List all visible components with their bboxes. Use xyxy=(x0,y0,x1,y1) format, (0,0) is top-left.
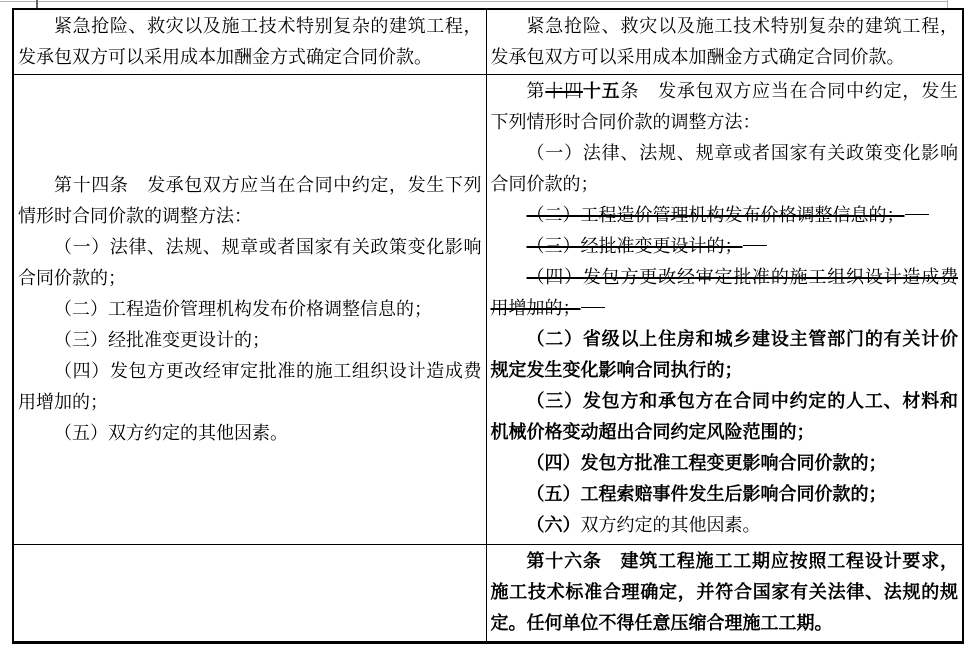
text-run: （四）发包方更改经审定批准的施工组织设计造成费用增加的； xyxy=(18,361,482,412)
cell-row2-original: 第十四条 发承包双方应当在合同中约定，发生下列情形时合同价款的调整方法：（一）法… xyxy=(13,75,486,545)
inserted-text-run: 第十六条 建筑工程施工工期应按照工程设计要求，施工技术标准合理确定，并符合国家有… xyxy=(491,551,959,633)
document-page: { "colors": { "background": "#ffffff", "… xyxy=(0,0,970,647)
inserted-text-run: 十五 xyxy=(583,81,621,101)
paragraph: （三）经批准变更设计的； xyxy=(491,231,959,262)
page-top-hairline xyxy=(0,1,948,2)
inserted-text-run: （五）工程索赔事件发生后影响合同价款的； xyxy=(527,484,887,504)
deleted-text-run: （二）工程造价管理机构发布价格调整信息的； xyxy=(527,205,905,225)
paragraph: 紧急抢险、救灾以及施工技术特别复杂的建筑工程，发承包双方可以采用成本加酬金方式确… xyxy=(18,11,482,73)
paragraph: （二）工程造价管理机构发布价格调整信息的； xyxy=(491,200,959,231)
paragraph: （一）法律、法规、规章或者国家有关政策变化影响合同价款的； xyxy=(18,232,482,294)
paragraph: 第十四十五条 发承包双方应当在合同中约定，发生下列情形时合同价款的调整方法： xyxy=(491,76,959,138)
paragraph: （三）发包方和承包方在合同中约定的人工、材料和机械价格变动超出合同约定风险范围的… xyxy=(491,386,959,448)
text-run: 第十四条 发承包双方应当在合同中约定，发生下列情形时合同价款的调整方法： xyxy=(18,175,482,226)
cell-row1-revised: 紧急抢险、救灾以及施工技术特别复杂的建筑工程，发承包双方可以采用成本加酬金方式确… xyxy=(486,9,963,75)
text-run: （三）经批准变更设计的； xyxy=(54,330,270,350)
text-run: 紧急抢险、救灾以及施工技术特别复杂的建筑工程，发承包双方可以采用成本加酬金方式确… xyxy=(18,16,482,67)
table-row: 第十六条 建筑工程施工工期应按照工程设计要求，施工技术标准合理确定，并符合国家有… xyxy=(13,545,963,643)
text-run: 第 xyxy=(527,81,546,101)
paragraph: 第十六条 建筑工程施工工期应按照工程设计要求，施工技术标准合理确定，并符合国家有… xyxy=(491,546,959,639)
inserted-text-run: （三）发包方和承包方在合同中约定的人工、材料和机械价格变动超出合同约定风险范围的… xyxy=(491,391,959,442)
text-run: （五）双方约定的其他因素。 xyxy=(54,423,288,443)
deleted-text-tail-line xyxy=(743,245,767,246)
paragraph: （六）双方约定的其他因素。 xyxy=(491,510,959,541)
inserted-text-run: （四）发包方批准工程变更影响合同价款的； xyxy=(527,453,887,473)
paragraph: （四）发包方批准工程变更影响合同价款的； xyxy=(491,448,959,479)
paragraph: （二）省级以上住房和城乡建设主管部门的有关计价规定发生变化影响合同执行的； xyxy=(491,324,959,386)
cell-row3-revised: 第十六条 建筑工程施工工期应按照工程设计要求，施工技术标准合理确定，并符合国家有… xyxy=(486,545,963,643)
text-run: （一）法律、法规、规章或者国家有关政策变化影响合同价款的； xyxy=(491,143,959,194)
paragraph: 紧急抢险、救灾以及施工技术特别复杂的建筑工程，发承包双方可以采用成本加酬金方式确… xyxy=(491,11,959,73)
deleted-text-run: （四）发包方更改经审定批准的施工组织设计造成费用增加的； xyxy=(491,267,959,318)
paragraph: （五）双方约定的其他因素。 xyxy=(18,418,482,449)
paragraph: （四）发包方更改经审定批准的施工组织设计造成费用增加的； xyxy=(18,356,482,418)
paragraph: （二）工程造价管理机构发布价格调整信息的； xyxy=(18,294,482,325)
text-run: （一）法律、法规、规章或者国家有关政策变化影响合同价款的； xyxy=(18,237,482,288)
paragraph: （五）工程索赔事件发生后影响合同价款的； xyxy=(491,479,959,510)
inserted-text-run: （二）省级以上住房和城乡建设主管部门的有关计价规定发生变化影响合同执行的； xyxy=(491,329,959,380)
inserted-text-run: （六） xyxy=(527,515,581,535)
paragraph: 第十四条 发承包双方应当在合同中约定，发生下列情形时合同价款的调整方法： xyxy=(18,170,482,232)
paragraph: （三）经批准变更设计的； xyxy=(18,325,482,356)
paragraph: （一）法律、法规、规章或者国家有关政策变化影响合同价款的； xyxy=(491,138,959,200)
cell-row3-original xyxy=(13,545,486,643)
deleted-text-run: 十四 xyxy=(545,81,583,101)
comparison-table: 紧急抢险、救灾以及施工技术特别复杂的建筑工程，发承包双方可以采用成本加酬金方式确… xyxy=(12,8,964,644)
text-run: 双方约定的其他因素。 xyxy=(581,515,761,535)
cell-row1-original: 紧急抢险、救灾以及施工技术特别复杂的建筑工程，发承包双方可以采用成本加酬金方式确… xyxy=(13,9,486,75)
paragraph: （四）发包方更改经审定批准的施工组织设计造成费用增加的； xyxy=(491,262,959,324)
table-row: 第十四条 发承包双方应当在合同中约定，发生下列情形时合同价款的调整方法：（一）法… xyxy=(13,75,963,545)
table-row: 紧急抢险、救灾以及施工技术特别复杂的建筑工程，发承包双方可以采用成本加酬金方式确… xyxy=(13,9,963,75)
cutoff-row-border-stub-right xyxy=(947,0,948,8)
deleted-text-tail-line xyxy=(581,307,605,308)
deleted-text-tail-line xyxy=(905,214,929,215)
cell-row2-revised: 第十四十五条 发承包双方应当在合同中约定，发生下列情形时合同价款的调整方法：（一… xyxy=(486,75,963,545)
text-run: （二）工程造价管理机构发布价格调整信息的； xyxy=(54,299,432,319)
deleted-text-run: （三）经批准变更设计的； xyxy=(527,236,743,256)
cutoff-row-border-stub-left xyxy=(36,0,38,8)
text-run: 紧急抢险、救灾以及施工技术特别复杂的建筑工程，发承包双方可以采用成本加酬金方式确… xyxy=(491,16,959,67)
